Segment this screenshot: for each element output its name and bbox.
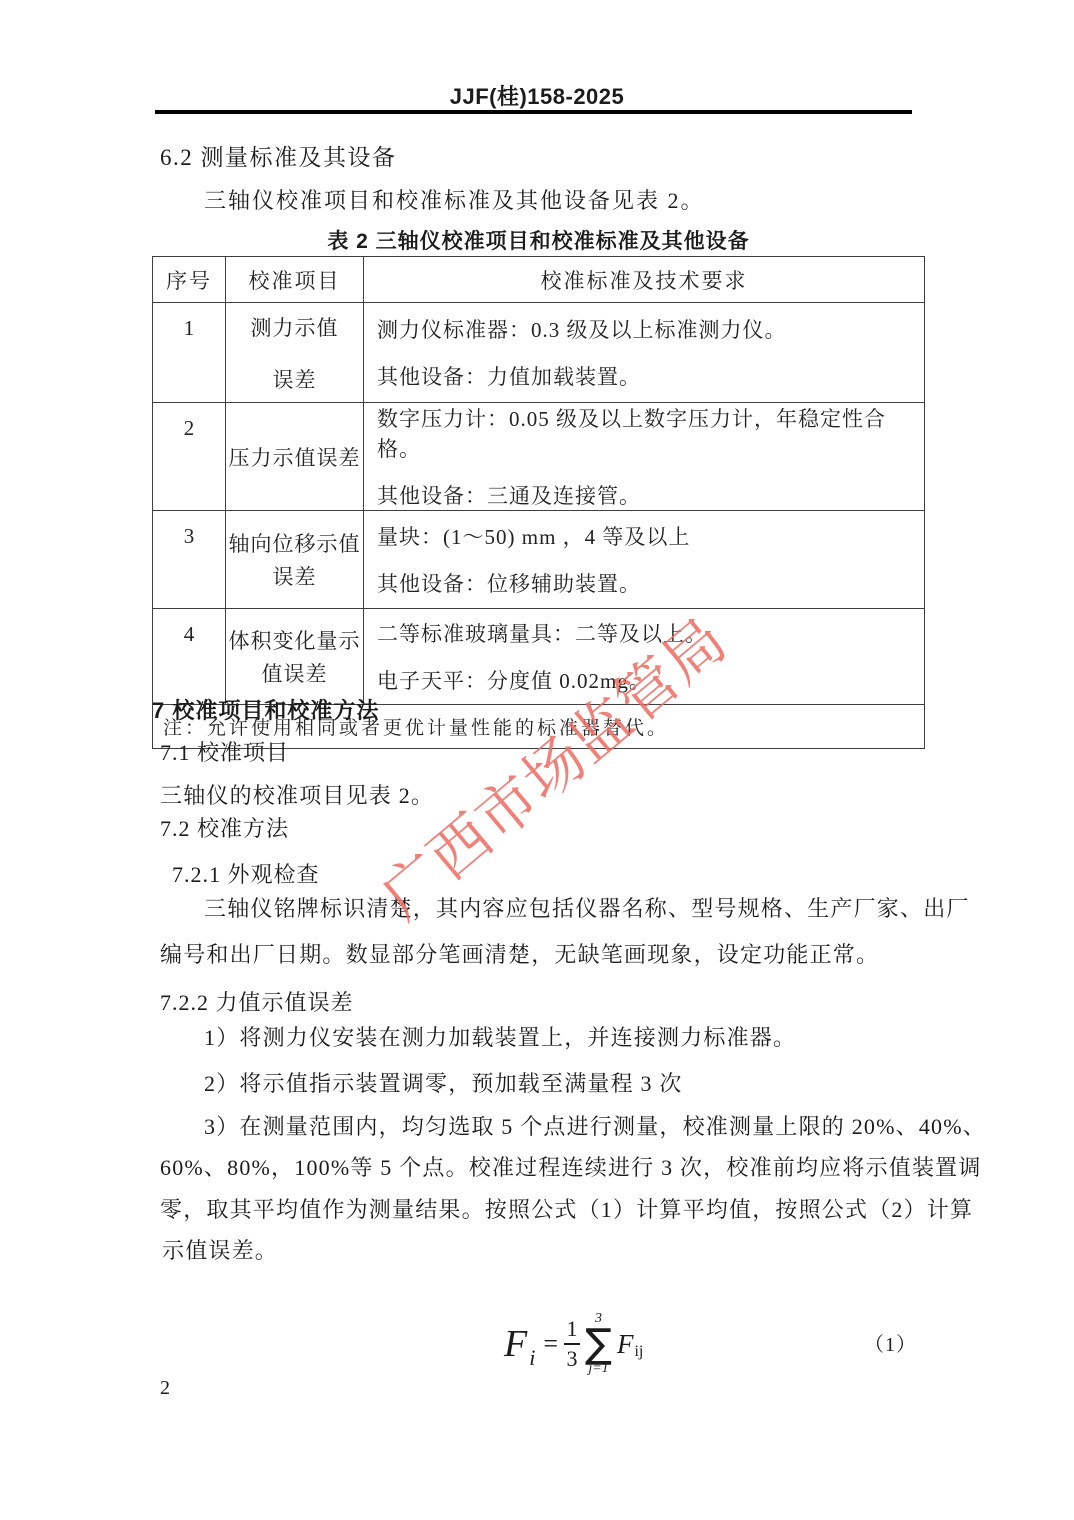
step-2: 2）将示值指示装置调零，预加载至满量程 3 次 bbox=[204, 1067, 683, 1098]
step-3-line: 零，取其平均值作为测量结果。按照公式（1）计算平均值，按照公式（2）计算 bbox=[160, 1193, 973, 1224]
table-row: 3 轴向位移示值 误差 量块：(1～50) mm ，4 等及以上 其他设备：位移… bbox=[153, 511, 925, 609]
col-header-requirement: 校准标准及技术要求 bbox=[364, 257, 925, 303]
equals-sign: = bbox=[543, 1329, 558, 1359]
row-no: 1 bbox=[153, 303, 226, 403]
row-no: 2 bbox=[153, 403, 226, 511]
section-7-2-1-heading: 7.2.1 外观检查 bbox=[172, 858, 320, 889]
fraction: 1 3 bbox=[564, 1317, 580, 1371]
section-7-1-heading: 7.1 校准项目 bbox=[160, 736, 289, 767]
summation: 3 ∑ j=1 bbox=[585, 1312, 612, 1376]
table-2: 序号 校准项目 校准标准及技术要求 1 测力示值 误差 测力仪标准器：0.3 级… bbox=[152, 256, 925, 749]
fraction-denominator: 3 bbox=[567, 1347, 578, 1371]
row-requirement: 量块：(1～50) mm ，4 等及以上 其他设备：位移辅助装置。 bbox=[364, 511, 925, 609]
row-item: 压力示值误差 bbox=[226, 403, 364, 511]
section-7-heading: 7 校准项目和校准方法 bbox=[152, 694, 379, 725]
formula-term-subscript: ij bbox=[634, 1343, 643, 1361]
row-requirement: 数字压力计：0.05 级及以上数字压力计，年稳定性合格。 其他设备：三通及连接管… bbox=[364, 403, 925, 511]
row-no: 4 bbox=[153, 609, 226, 705]
formula-lhs: F bbox=[504, 1325, 527, 1363]
document-page: JJF(桂)158-2025 6.2 测量标准及其设备 三轴仪校准项目和校准标准… bbox=[0, 0, 1074, 1520]
paragraph-7-2-1-line: 三轴仪铭牌标识清楚，其内容应包括仪器名称、型号规格、生产厂家、出厂 bbox=[204, 892, 970, 923]
row-item: 体积变化量示 值误差 bbox=[226, 609, 364, 705]
summation-lower-limit: j=1 bbox=[588, 1362, 608, 1376]
section-6-2-heading: 6.2 测量标准及其设备 bbox=[160, 139, 397, 172]
table-row: 4 体积变化量示 值误差 二等标准玻璃量具：二等及以上。 电子天平：分度值 0.… bbox=[153, 609, 925, 705]
table-row: 1 测力示值 误差 测力仪标准器：0.3 级及以上标准测力仪。 其他设备：力值加… bbox=[153, 303, 925, 403]
section-7-2-heading: 7.2 校准方法 bbox=[160, 812, 289, 843]
fraction-bar bbox=[564, 1343, 580, 1345]
formula-1: Fi = 1 3 3 ∑ j=1 Fij bbox=[504, 1312, 642, 1376]
row-requirement: 二等标准玻璃量具：二等及以上。 电子天平：分度值 0.02mg。 bbox=[364, 609, 925, 705]
row-item: 轴向位移示值 误差 bbox=[226, 511, 364, 609]
table-2-caption: 表 2 三轴仪校准项目和校准标准及其他设备 bbox=[152, 225, 925, 255]
header-rule bbox=[155, 110, 912, 114]
col-header-no: 序号 bbox=[153, 257, 226, 303]
section-6-2-intro: 三轴仪校准项目和校准标准及其他设备见表 2。 bbox=[204, 184, 705, 215]
equation-number: （1） bbox=[864, 1328, 917, 1357]
row-item: 测力示值 误差 bbox=[226, 303, 364, 403]
section-7-1-text: 三轴仪的校准项目见表 2。 bbox=[160, 779, 434, 810]
sigma-icon: ∑ bbox=[585, 1326, 612, 1362]
fraction-numerator: 1 bbox=[567, 1317, 578, 1341]
section-7-2-2-heading: 7.2.2 力值示值误差 bbox=[160, 986, 354, 1017]
paragraph-7-2-1-line: 编号和出厂日期。数显部分笔画清楚，无缺笔画现象，设定功能正常。 bbox=[160, 938, 879, 969]
step-1: 1）将测力仪安装在测力加载装置上，并连接测力标准器。 bbox=[204, 1021, 796, 1052]
document-number-header: JJF(桂)158-2025 bbox=[0, 80, 1074, 111]
step-3-line: 示值误差。 bbox=[162, 1234, 278, 1265]
formula-term: F bbox=[617, 1331, 634, 1358]
step-3-line: 3）在测量范围内，均匀选取 5 个点进行测量，校准测量上限的 20%、40%、 bbox=[204, 1110, 986, 1141]
formula-lhs-subscript: i bbox=[529, 1345, 535, 1371]
col-header-item: 校准项目 bbox=[226, 257, 364, 303]
row-no: 3 bbox=[153, 511, 226, 609]
table-row: 2 压力示值误差 数字压力计：0.05 级及以上数字压力计，年稳定性合格。 其他… bbox=[153, 403, 925, 511]
row-requirement: 测力仪标准器：0.3 级及以上标准测力仪。 其他设备：力值加载装置。 bbox=[364, 303, 925, 403]
table-header-row: 序号 校准项目 校准标准及技术要求 bbox=[153, 257, 925, 303]
page-number: 2 bbox=[160, 1377, 170, 1400]
step-3-line: 60%、80%，100%等 5 个点。校准过程连续进行 3 次，校准前均应将示值… bbox=[160, 1151, 982, 1182]
